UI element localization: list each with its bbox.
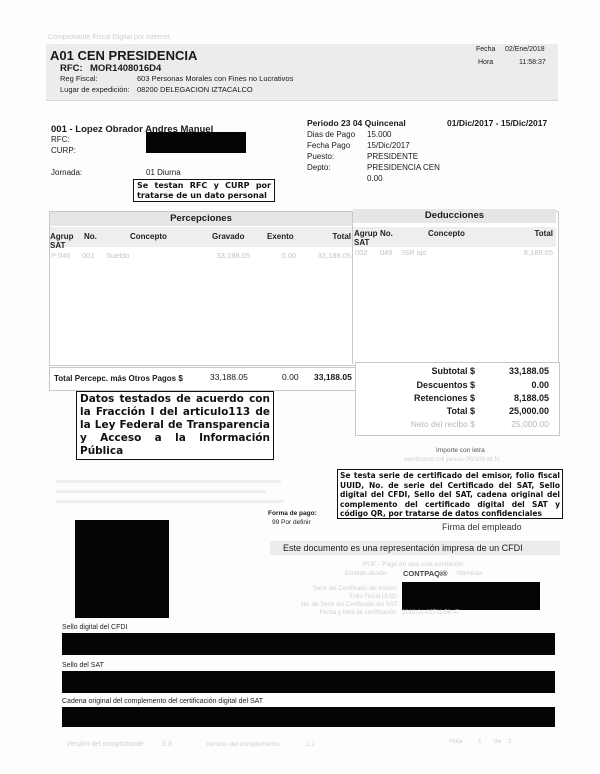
seal-sat-label: Sello del SAT [62,662,104,669]
ded-header-no: No. [380,229,393,238]
page-number: 1 [478,738,482,745]
total-gravado: 33,188.05 [210,372,248,382]
fecha-cert-label: Fecha y hora de certificación: [290,610,398,616]
folio-label: Folio Fiscal UUID: [290,594,398,600]
depto-value: PRESIDENCIA CEN [367,163,440,172]
jornada-label: Jornada: [51,168,82,177]
emitido-suffix: Nóminas [457,570,483,577]
perc-header-concepto: Concepto [130,232,167,241]
subtotal-value: 33,188.05 [490,366,549,376]
faint-text-line [56,490,266,493]
ded-row-no: 049 [380,248,393,257]
importe-value: veinticinco mil pesos 00/100 M.N. [404,456,501,463]
perc-header-no: No. [84,232,97,241]
ded-row-agrup: 002 [355,248,368,257]
qr-code-redaction [75,520,169,618]
cfdi-title: Este documento es una representación imp… [283,543,523,553]
perc-row-gravado: 33,188.05 [200,251,250,260]
emitido-brand: CONTPAQi® [403,569,448,578]
retenciones-value: 8,188.05 [490,393,549,403]
total-percepciones-label: Total Percepc. más Otros Pagos $ [54,374,183,383]
sat-serie-label: No. de Serie del Certificado del SAT: [270,602,398,608]
nomina-label: Versión del complemento: [206,741,281,748]
table-header-band [50,227,556,247]
total-exento: 0.00 [282,372,299,382]
neto-label: Neto del recibo $ [380,419,475,429]
ded-header-agrup: Agrup SAT [354,229,380,247]
puesto-value: PRESIDENTE [367,152,418,161]
ded-header-concepto: Concepto [428,229,465,238]
forma-pago-label: Forma de pago: [268,510,317,517]
reg-fiscal-value: 603 Personas Morales con Fines no Lucrat… [137,74,293,83]
faint-text-line [56,500,284,503]
fecha-value: 02/Ene/2018 [505,46,545,53]
page-count: 1 [508,738,512,745]
cadena-label: Cadena original del complemento del cert… [62,698,263,705]
hora-value: 11:58:37 [519,59,546,66]
hora-label: Hora [478,59,493,66]
descuentos-value: 0.00 [490,380,549,390]
ded-row-concepto: ISR ajo [402,248,427,257]
dias-value: 15.000 [367,130,391,139]
emitter-rfc: MOR1408016D4 [90,63,161,74]
perc-row-total: 33,188.05 [305,251,351,260]
cadena-redaction [62,707,555,727]
faint-text-line [56,480,281,483]
perc-header-agrup: Agrup SAT [50,232,76,250]
fecha-label: Fecha [476,46,495,53]
seal-cfdi-label: Sello digital del CFDI [62,624,127,631]
perc-header-exento: Exento [267,232,294,241]
perc-row-no: 001 [82,251,95,260]
lugar-label: Lugar de expedición: [60,85,130,94]
total-label: Total $ [380,406,475,416]
page-label: Hoja [449,738,462,745]
fecha-pago-value: 15/Dic/2017 [367,141,410,150]
perc-header-total: Total [310,232,351,241]
perc-row-concepto: Sueldo [106,251,129,260]
nomina-version: 1.2 [306,741,315,748]
retenciones-label: Retenciones $ [380,393,475,403]
dias-label: Dias de Pago [307,130,355,139]
emitter-rfc-label: RFC: [60,63,83,74]
seal-cfdi-redaction [62,633,555,655]
page-of-label: de [494,738,501,745]
rfc-curp-notice: Se testan RFC y CURP por tratarse de un … [133,179,275,202]
extra-value: 0.00 [367,174,383,183]
forma-pago-value: 99 Por definir [272,519,311,526]
total-value: 25,000.00 [490,406,549,416]
subtotal-label: Subtotal $ [380,366,475,376]
firma-label: Firma del empleado [442,522,522,532]
seal-sat-redaction [62,671,555,693]
serie-label: Serie del Certificado del emisor: [290,586,398,592]
rfc-curp-redaction [146,132,246,153]
perc-header-gravado: Gravado [212,232,244,241]
lugar-value: 08200 DELEGACION IZTACALCO [137,85,253,94]
total-total: 33,188.05 [314,372,352,382]
fecha-cert-value: 2018-01-02T11:58:47 [402,610,459,616]
emitter-name: A01 CEN PRESIDENCIA [50,48,197,63]
period-title: Periodo 23 04 Quincenal [307,118,406,128]
document-caption: Comprobante Fiscal Digital por Internet [48,34,170,41]
certificate-notice: Se testa serie de certificado del emisor… [337,469,563,519]
version-label: Versión del comprobante: [66,741,145,748]
reg-fiscal-label: Reg Fiscal: [60,74,98,83]
jornada-value: 01 Diurna [146,168,181,177]
perc-row-exento: 0.00 [270,251,296,260]
deducciones-title: Deducciones [353,209,556,223]
puesto-label: Puesto: [307,152,334,161]
period-range: 01/Dic/2017 - 15/Dic/2017 [447,118,547,128]
fecha-pago-label: Fecha Pago [307,141,350,150]
metodo-pago: PUE - Pago en una sola exhibición [363,561,463,568]
emitido-label: Emitido desde: [345,570,388,577]
neto-value: 25,000.00 [490,419,549,429]
percepciones-title: Percepciones [50,212,352,226]
perc-row-agrup: P 046 [51,251,70,260]
version-value: 3.3 [162,741,172,748]
employee-rfc-label: RFC: [51,135,70,144]
importe-label: Importe con letra [436,447,485,454]
ded-header-total: Total [510,229,553,238]
depto-label: Depto: [307,163,331,172]
table-divider [352,212,353,364]
certificate-redaction [402,582,540,610]
legal-notice: Datos testados de acuerdo con la Fracció… [76,391,274,460]
ded-row-total: 8,188.05 [505,248,553,257]
descuentos-label: Descuentos $ [380,380,475,390]
employee-curp-label: CURP: [51,146,76,155]
